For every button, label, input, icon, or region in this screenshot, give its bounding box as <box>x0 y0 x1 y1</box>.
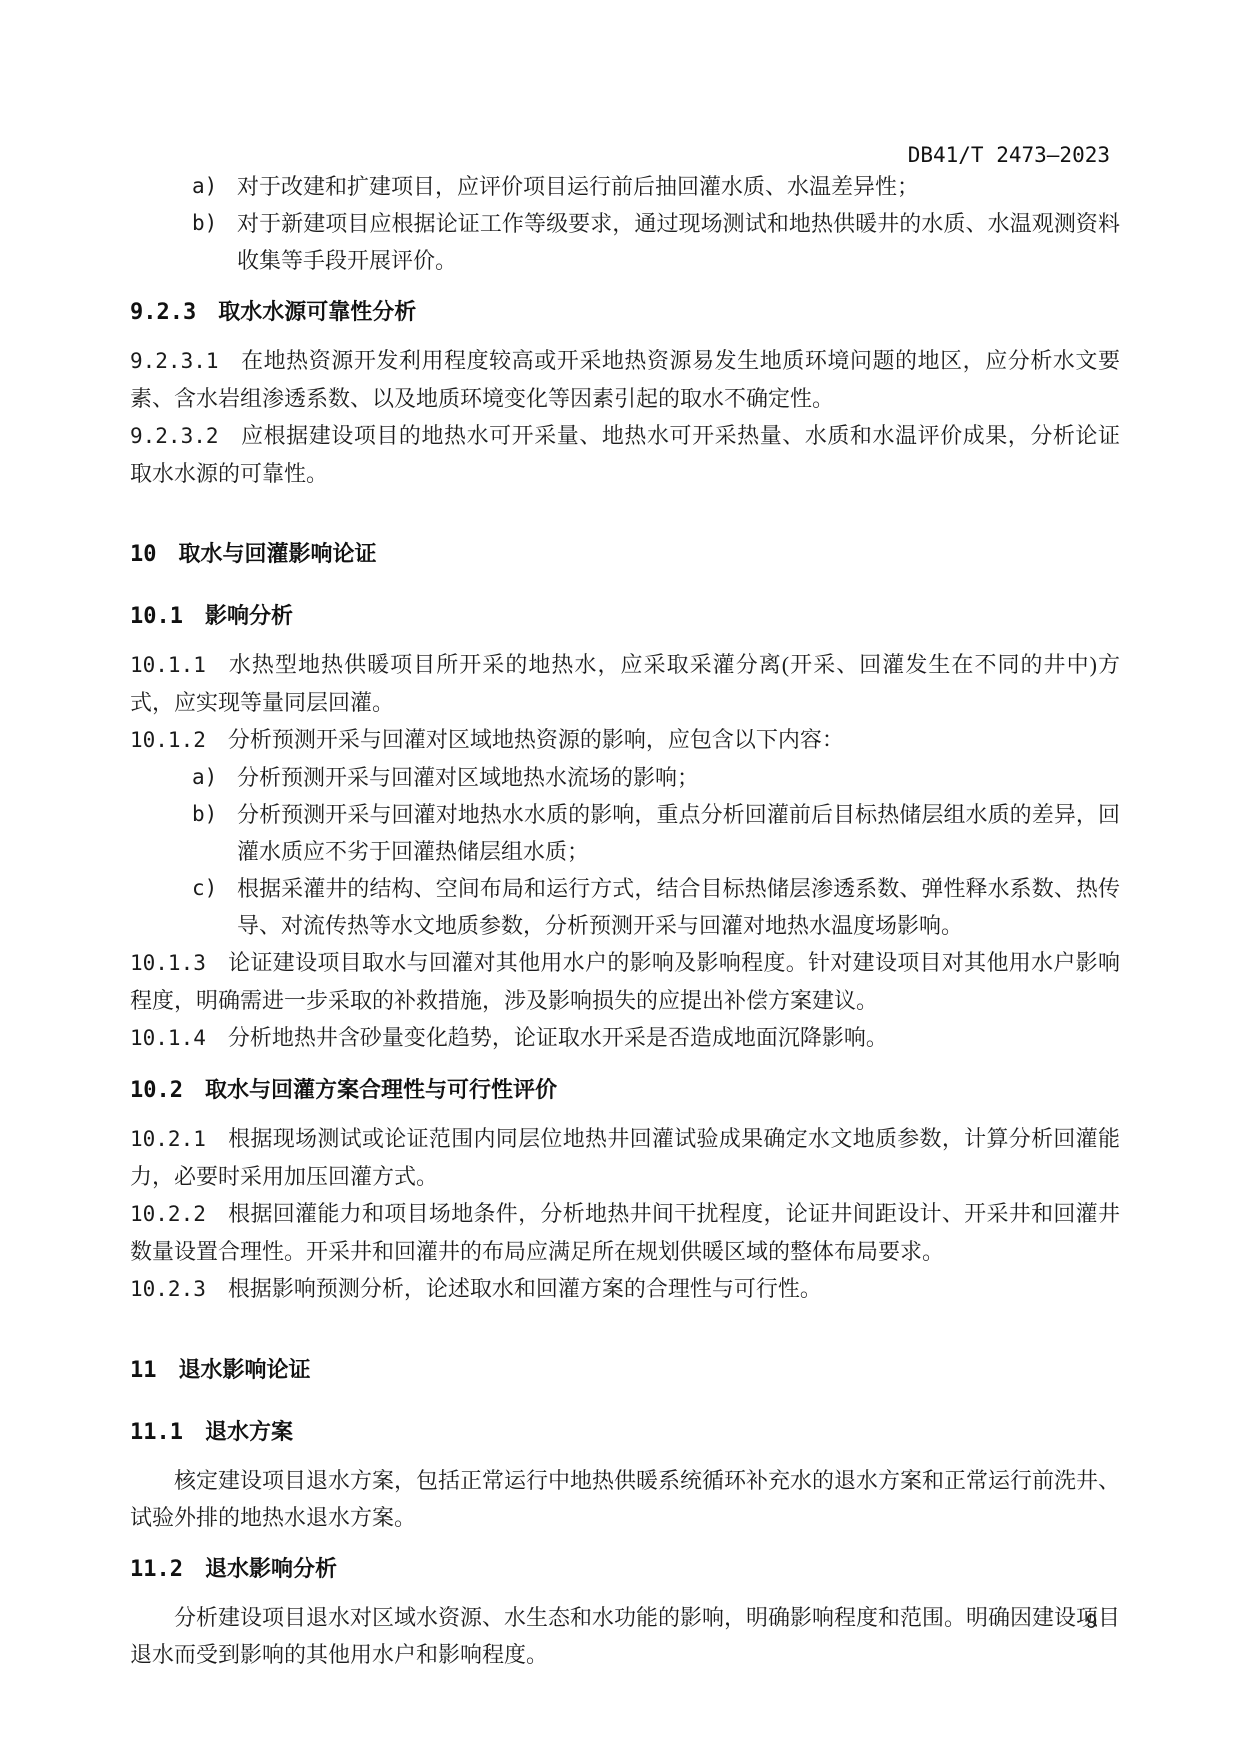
heading-number: 9.2.3 <box>130 300 196 325</box>
clause-number: 9.2.3.1 <box>130 349 219 373</box>
section-heading: 10.2取水与回灌方案合理性与可行性评价 <box>130 1075 1120 1106</box>
clause-number: 10.1.1 <box>130 653 206 677</box>
clause-number: 10.1.2 <box>130 728 206 752</box>
list-item-marker: b) <box>192 796 237 870</box>
clause-paragraph: 10.1.4分析地热井含砂量变化趋势，论证取水开采是否造成地面沉降影响。 <box>130 1019 1120 1057</box>
clause-text: 分析预测开采与回灌对区域地热资源的影响，应包含以下内容： <box>228 727 844 752</box>
heading-number: 10.1 <box>130 604 183 629</box>
clause-paragraph: 10.2.1根据现场测试或论证范围内同层位地热井回灌试验成果确定水文地质参数，计… <box>130 1120 1120 1195</box>
list-item-marker: a) <box>192 168 237 205</box>
paragraph: 分析建设项目退水对区域水资源、水生态和水功能的影响，明确影响程度和范围。明确因建… <box>130 1599 1120 1673</box>
clause-number: 10.1.3 <box>130 951 206 975</box>
paragraph: 核定建设项目退水方案，包括正常运行中地热供暖系统循环补充水的退水方案和正常运行前… <box>130 1462 1120 1536</box>
list-item: c)根据采灌井的结构、空间布局和运行方式，结合目标热储层渗透系数、弹性释水系数、… <box>130 870 1120 944</box>
list-item: a)对于改建和扩建项目，应评价项目运行前后抽回灌水质、水温差异性； <box>130 168 1120 205</box>
heading-number: 11 <box>130 1358 157 1383</box>
clause-text: 在地热资源开发利用程度较高或开采地热资源易发生地质环境问题的地区，应分析水文要素… <box>130 348 1120 411</box>
clause-paragraph: 10.1.1水热型地热供暖项目所开采的地热水，应采取采灌分离(开采、回灌发生在不… <box>130 646 1120 721</box>
clause-number: 10.2.3 <box>130 1277 206 1301</box>
heading-title: 退水方案 <box>205 1419 293 1444</box>
clause-text: 论证建设项目取水与回灌对其他用水户的影响及影响程度。针对建设项目对其他用水户影响… <box>130 950 1120 1013</box>
clause-number: 10.1.4 <box>130 1026 206 1050</box>
heading-number: 11.2 <box>130 1557 183 1582</box>
list-item-marker: c) <box>192 870 237 944</box>
page-number: 9 <box>1086 1608 1097 1636</box>
list-item: b)对于新建项目应根据论证工作等级要求，通过现场测试和地热供暖井的水质、水温观测… <box>130 205 1120 279</box>
clause-text: 分析地热井含砂量变化趋势，论证取水开采是否造成地面沉降影响。 <box>228 1025 888 1050</box>
section-heading: 11.1退水方案 <box>130 1417 1120 1448</box>
chapter-heading: 10取水与回灌影响论证 <box>130 538 1120 571</box>
clause-number: 9.2.3.2 <box>130 424 219 448</box>
list-item-marker: b) <box>192 205 237 279</box>
heading-title: 影响分析 <box>205 603 293 628</box>
list-item: a)分析预测开采与回灌对区域地热水流场的影响； <box>130 759 1120 796</box>
clause-text: 根据回灌能力和项目场地条件，分析地热井间干扰程度，论证井间距设计、开采井和回灌井… <box>130 1201 1120 1264</box>
list-item-marker: a) <box>192 759 237 796</box>
list-item-text: 分析预测开采与回灌对区域地热水流场的影响； <box>237 759 1120 796</box>
clause-text: 根据影响预测分析，论述取水和回灌方案的合理性与可行性。 <box>228 1276 822 1301</box>
list-item-text: 对于新建项目应根据论证工作等级要求，通过现场测试和地热供暖井的水质、水温观测资料… <box>237 205 1120 279</box>
list-item: b)分析预测开采与回灌对地热水水质的影响，重点分析回灌前后目标热储层组水质的差异… <box>130 796 1120 870</box>
clause-paragraph: 9.2.3.1在地热资源开发利用程度较高或开采地热资源易发生地质环境问题的地区，… <box>130 342 1120 417</box>
list-item-text: 根据采灌井的结构、空间布局和运行方式，结合目标热储层渗透系数、弹性释水系数、热传… <box>237 870 1120 944</box>
clause-paragraph: 10.1.2分析预测开采与回灌对区域地热资源的影响，应包含以下内容： <box>130 721 1120 759</box>
heading-number: 10 <box>130 542 157 567</box>
clause-text: 根据现场测试或论证范围内同层位地热井回灌试验成果确定水文地质参数，计算分析回灌能… <box>130 1126 1120 1189</box>
document-page: DB41/T 2473—2023 a)对于改建和扩建项目，应评价项目运行前后抽回… <box>0 0 1241 1755</box>
clause-number: 10.2.2 <box>130 1202 206 1226</box>
list-item-text: 分析预测开采与回灌对地热水水质的影响，重点分析回灌前后目标热储层组水质的差异，回… <box>237 796 1120 870</box>
clause-paragraph: 9.2.3.2应根据建设项目的地热水可开采量、地热水可开采热量、水质和水温评价成… <box>130 417 1120 492</box>
clause-paragraph: 10.2.3根据影响预测分析，论述取水和回灌方案的合理性与可行性。 <box>130 1270 1120 1308</box>
clause-text: 水热型地热供暖项目所开采的地热水，应采取采灌分离(开采、回灌发生在不同的井中)方… <box>130 652 1120 715</box>
heading-number: 10.2 <box>130 1078 183 1103</box>
chapter-heading: 11退水影响论证 <box>130 1354 1120 1387</box>
list-item-text: 对于改建和扩建项目，应评价项目运行前后抽回灌水质、水温差异性； <box>237 168 1120 205</box>
section-heading: 10.1影响分析 <box>130 601 1120 632</box>
clause-paragraph: 10.1.3论证建设项目取水与回灌对其他用水户的影响及影响程度。针对建设项目对其… <box>130 944 1120 1019</box>
heading-title: 退水影响分析 <box>205 1556 337 1581</box>
heading-number: 11.1 <box>130 1420 183 1445</box>
heading-title: 取水与回灌方案合理性与可行性评价 <box>205 1077 557 1102</box>
heading-title: 退水影响论证 <box>179 1357 311 1382</box>
section-heading: 11.2退水影响分析 <box>130 1554 1120 1585</box>
doc-code: DB41/T 2473—2023 <box>908 143 1110 167</box>
clause-number: 10.2.1 <box>130 1127 206 1151</box>
clause-text: 应根据建设项目的地热水可开采量、地热水可开采热量、水质和水温评价成果，分析论证取… <box>130 423 1120 486</box>
clause-list: a)分析预测开采与回灌对区域地热水流场的影响；b)分析预测开采与回灌对地热水水质… <box>130 759 1120 944</box>
clause-paragraph: 10.2.2根据回灌能力和项目场地条件，分析地热井间干扰程度，论证井间距设计、开… <box>130 1195 1120 1270</box>
document-content: a)对于改建和扩建项目，应评价项目运行前后抽回灌水质、水温差异性；b)对于新建项… <box>0 168 1241 1673</box>
page-header: DB41/T 2473—2023 <box>0 0 1241 168</box>
heading-title: 取水水源可靠性分析 <box>218 299 416 324</box>
heading-title: 取水与回灌影响论证 <box>179 541 377 566</box>
section-heading: 9.2.3取水水源可靠性分析 <box>130 297 1120 328</box>
clause-list: a)对于改建和扩建项目，应评价项目运行前后抽回灌水质、水温差异性；b)对于新建项… <box>130 168 1120 279</box>
